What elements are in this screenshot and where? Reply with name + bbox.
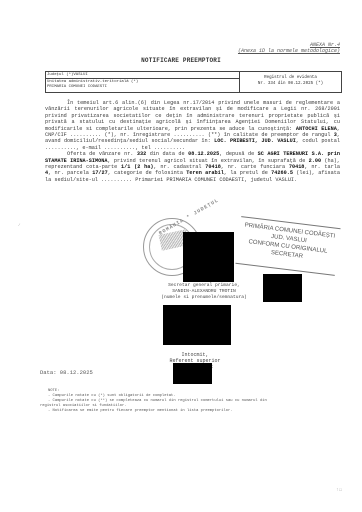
admin-unit-field: Unitatea administrativ-teritorială (*) P… <box>46 79 239 90</box>
preemptor-name: ANTOCHI ELENA <box>296 126 337 132</box>
land-price: 74260.5 <box>271 170 293 176</box>
paragraph-offer: Oferta de vânzare nr. 332 din data de 08… <box>45 151 340 183</box>
register-value: Nr. 334 din 08.12.2025 (*) <box>240 82 341 88</box>
notification-body: În temeiul art.6 alin.(6) din Legea nr.1… <box>45 100 340 183</box>
notes-section: NOTE: - Campurile notate cu (*) sunt obl… <box>40 389 330 414</box>
note-item: - Notificarea se emite pentru fiecare pr… <box>40 409 330 414</box>
annex-reference: ANEXA Nr.4 (Anexa 1D la normele metodolo… <box>238 42 340 54</box>
text-segment: , categorie de folosinta <box>108 170 187 176</box>
offer-number: 332 <box>137 151 146 157</box>
header-table: Județul (*)VASLUI Unitatea administrativ… <box>45 71 342 93</box>
certified-copy-stamp: PRIMĂRIA COMUNEI CODĂEȘTI JUD. VASLUI CO… <box>235 216 340 276</box>
paragraph-legal-basis: În temeiul art.6 alin.(6) din Legea nr.1… <box>45 100 340 151</box>
land-category: Teren arabil <box>186 170 224 176</box>
redaction-box-secretary <box>163 305 231 345</box>
text-segment: Oferta de vânzare nr. <box>67 151 137 157</box>
secretary-signature-block: Secretar general primarie, SANDIN-ALEXAN… <box>144 283 264 300</box>
county-field: Județul (*)VASLUI <box>46 72 239 79</box>
text-segment: , nr. parcela <box>48 170 92 176</box>
text-segment: , nr. tarla <box>304 164 340 170</box>
redaction-box-stamp-signature <box>263 274 302 302</box>
offer-date: 08.12.2025 <box>188 151 219 157</box>
text-segment: , privind terenul agricol situat în extr… <box>107 158 308 164</box>
page-corner-mark: ↑☐ <box>336 487 342 493</box>
text-segment: , depusă de <box>219 151 257 157</box>
header-left-cell: Județul (*)VASLUI Unitatea administrativ… <box>46 72 240 92</box>
text-segment: din data de <box>146 151 188 157</box>
annex-subtitle: (Anexa 1D la normele metodologice) <box>238 48 340 54</box>
signature-hint: (numele si prenumele/semnatura) <box>144 295 264 301</box>
cadastral-number: 70418 <box>205 164 221 170</box>
document-title: NOTIFICARE PREEMPTORI <box>0 57 362 64</box>
text-segment: , nr. carte funciara <box>221 164 289 170</box>
text-segment: , nr. cadastral <box>153 164 205 170</box>
redaction-box-signature <box>183 232 234 282</box>
parcel-number: 17/27 <box>92 170 108 176</box>
redaction-box-preparer <box>173 363 212 384</box>
land-area: 2.00 <box>309 158 321 164</box>
register-cell: Registrul de evidenta Nr. 334 din 08.12.… <box>240 72 341 92</box>
text-segment: , la pretul de <box>224 170 271 176</box>
admin-unit-value: PRIMARIA COMUNEI CODAESTI <box>47 85 239 90</box>
document-date: Data: 08.12.2025 <box>40 369 93 376</box>
preemptor-address: LOC. PRIBESTI, JUD. VASLUI <box>214 138 296 144</box>
land-share: 1/1 (2 ha) <box>121 164 153 170</box>
scan-mark: / <box>18 224 20 228</box>
land-book-number: 70418 <box>289 164 305 170</box>
